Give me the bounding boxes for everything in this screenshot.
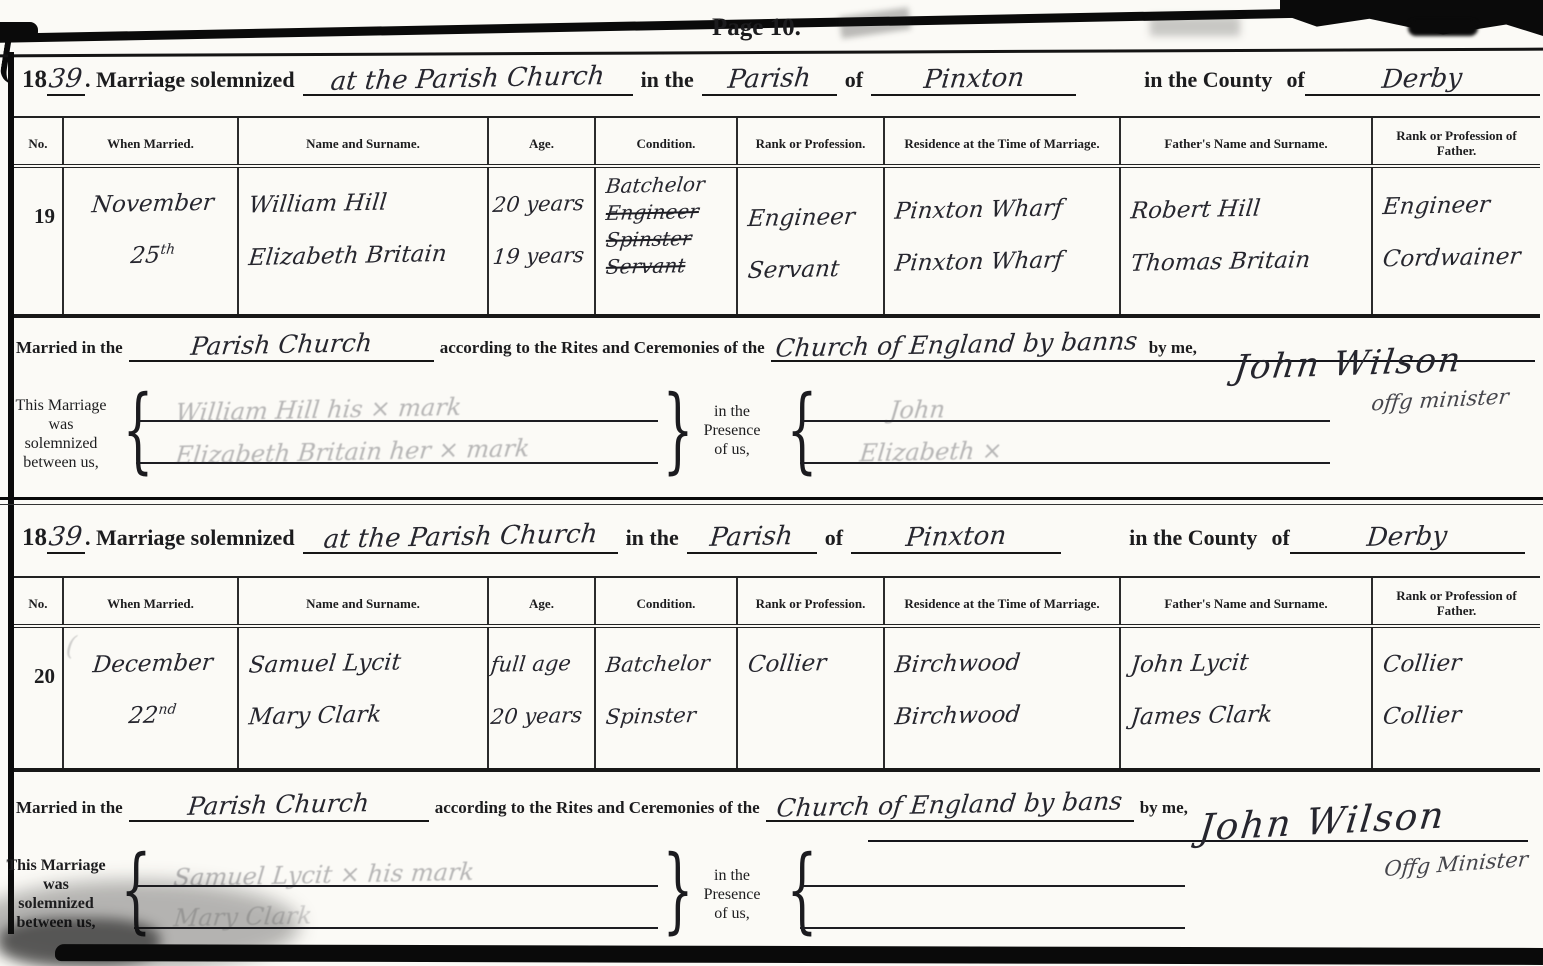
minister-title: offg minister bbox=[1370, 384, 1510, 415]
column-header-rank: Rank or Profession. bbox=[736, 118, 883, 164]
groom-age: full age bbox=[488, 637, 573, 691]
married-in-label: Married in the bbox=[16, 798, 123, 818]
groom-condition: Batchelor bbox=[603, 637, 712, 691]
scan-edge-bottom-band bbox=[55, 944, 1543, 965]
church-handwritten: Parish Church bbox=[189, 328, 373, 362]
column-header-father-rank: Rank or Profession of Father. bbox=[1371, 578, 1540, 624]
column-header-father-name: Father's Name and Surname. bbox=[1119, 118, 1371, 164]
record-1-married-in-line: Married in the Parish Church according t… bbox=[16, 330, 1197, 362]
column-header-name-surname: Name and Surname. bbox=[237, 578, 487, 624]
column-header-residence: Residence at the Time of Marriage. bbox=[883, 118, 1119, 164]
of-label: of bbox=[825, 525, 843, 551]
entry-number: 20 bbox=[24, 638, 56, 689]
entry-number: 19 bbox=[24, 178, 56, 229]
groom-father-name: Robert Hill bbox=[1128, 183, 1263, 238]
record-1-heading: 1839. Marriage solemnized at the Parish … bbox=[22, 64, 1527, 96]
year-prefix: 18 bbox=[22, 66, 47, 94]
groom-residence: Pinxton Wharf bbox=[892, 182, 1065, 237]
groom-signature-line: Samuel Lycit × his mark bbox=[134, 847, 658, 887]
column-header-father-name: Father's Name and Surname. bbox=[1119, 578, 1371, 624]
when-married-month: December bbox=[90, 637, 215, 691]
by-me-label: by me, bbox=[1140, 798, 1188, 818]
witness-signatures bbox=[800, 847, 1185, 929]
record-divider-thin bbox=[0, 504, 1543, 505]
bride-father-rank: Collier bbox=[1380, 689, 1464, 743]
close-brace: } bbox=[663, 848, 694, 932]
minister-signature: John Wilson bbox=[1232, 340, 1465, 388]
couple-signatures: William Hill his × mark Elizabeth Britai… bbox=[136, 382, 658, 464]
bride-residence: Pinxton Wharf bbox=[892, 234, 1065, 289]
column-header-residence: Residence at the Time of Marriage. bbox=[883, 578, 1119, 624]
bride-father-name: James Clark bbox=[1128, 689, 1275, 744]
column-header-no: No. bbox=[14, 578, 62, 624]
table-2-entry-row: 20 ( December 22nd Samuel Lycit Mary Cla… bbox=[14, 628, 1540, 768]
county-label: in the County bbox=[1129, 525, 1257, 551]
groom-signature-line: William Hill his × mark bbox=[136, 382, 658, 422]
bride-age: 19 years bbox=[490, 229, 587, 283]
presence-label: in the Presence of us, bbox=[692, 866, 772, 923]
by-me-label: by me, bbox=[1149, 338, 1197, 358]
of2-label: of bbox=[1286, 67, 1304, 93]
year-handwritten: 39 bbox=[48, 64, 84, 95]
record-2-heading: 1839. Marriage solemnized at the Parish … bbox=[22, 522, 1527, 554]
presence-label: in the Presence of us, bbox=[692, 402, 772, 459]
table-1-entry-row: 19 November 25th William Hill Elizabeth … bbox=[14, 168, 1540, 314]
page-label: Page 10. bbox=[712, 14, 801, 42]
condition-line: Batchelor bbox=[605, 171, 707, 200]
groom-father-rank: Collier bbox=[1380, 637, 1464, 691]
bride-profession: Servant bbox=[745, 243, 842, 297]
witness2-signature: Elizabeth × bbox=[858, 437, 1003, 468]
parish-name-handwritten: Pinxton bbox=[904, 521, 1007, 553]
bride-name: Mary Clark bbox=[246, 689, 384, 744]
this-marriage-label: This Marriage was solemnized between us, bbox=[2, 396, 120, 472]
parish-handwritten: Parish bbox=[726, 63, 812, 95]
form-top-rule bbox=[0, 48, 1543, 58]
marriage-table-2: No. When Married. Name and Surname. Age.… bbox=[14, 576, 1540, 772]
witness1-line bbox=[800, 847, 1185, 887]
column-header-when-married: When Married. bbox=[62, 578, 237, 624]
church-handwritten: Parish Church bbox=[187, 788, 371, 822]
bride-signature: Elizabeth Britain her × mark bbox=[174, 434, 531, 469]
table-2-header-row: No. When Married. Name and Surname. Age.… bbox=[14, 578, 1540, 628]
parish-name-handwritten: Pinxton bbox=[922, 63, 1025, 95]
bride-father-rank: Cordwainer bbox=[1380, 231, 1523, 286]
table-1-header-row: No. When Married. Name and Surname. Age.… bbox=[14, 118, 1540, 168]
column-header-father-rank: Rank or Profession of Father. bbox=[1371, 118, 1540, 164]
married-in-label: Married in the bbox=[16, 338, 123, 358]
this-marriage-label: This Marriage was solemnized between us, bbox=[0, 856, 112, 932]
groom-profession: Collier bbox=[745, 637, 829, 691]
close-brace: } bbox=[663, 388, 694, 472]
column-header-age: Age. bbox=[487, 118, 594, 164]
record-divider-thick bbox=[0, 497, 1543, 500]
in-the-label: in the bbox=[641, 67, 694, 93]
groom-residence: Birchwood bbox=[892, 637, 1023, 692]
scan-edge-top-band bbox=[0, 7, 1408, 43]
column-header-no: No. bbox=[14, 118, 62, 164]
column-header-name-surname: Name and Surname. bbox=[237, 118, 487, 164]
year-prefix: 18 bbox=[22, 524, 47, 552]
column-header-when-married: When Married. bbox=[62, 118, 237, 164]
groom-father-rank: Engineer bbox=[1380, 179, 1492, 233]
column-header-condition: Condition. bbox=[594, 118, 736, 164]
rites-handwritten: Church of England by banns bbox=[774, 326, 1139, 364]
year-handwritten: 39 bbox=[48, 522, 84, 553]
in-the-label: in the bbox=[626, 525, 679, 551]
minister-title: Offg Minister bbox=[1383, 847, 1529, 881]
bride-father-name: Thomas Britain bbox=[1128, 234, 1313, 290]
county-handwritten: Derby bbox=[1366, 521, 1449, 553]
bride-signature: Mary Clark bbox=[172, 902, 313, 933]
bride-age: 20 years bbox=[488, 689, 585, 743]
rites-label: according to the Rites and Ceremonies of… bbox=[435, 798, 760, 818]
bride-signature-line: Mary Clark bbox=[134, 887, 658, 929]
record-2-married-in-line: Married in the Parish Church according t… bbox=[16, 790, 1188, 822]
groom-profession: Engineer bbox=[745, 191, 857, 245]
witness1-line: John bbox=[800, 382, 1330, 422]
column-header-rank: Rank or Profession. bbox=[736, 578, 883, 624]
solemnized-label: . Marriage solemnized bbox=[85, 525, 295, 551]
condition-line-struck: Servant bbox=[605, 252, 687, 281]
scan-blob-top-right bbox=[1408, 20, 1478, 36]
marriage-table-1: No. When Married. Name and Surname. Age.… bbox=[14, 116, 1540, 318]
witness2-line: Elizabeth × bbox=[800, 422, 1330, 464]
column-header-condition: Condition. bbox=[594, 578, 736, 624]
parish-handwritten: Parish bbox=[709, 521, 795, 553]
groom-age: 20 years bbox=[490, 177, 587, 231]
bride-name: Elizabeth Britain bbox=[246, 228, 449, 284]
county-label: in the County bbox=[1144, 67, 1272, 93]
rites-label: according to the Rites and Ceremonies of… bbox=[440, 338, 765, 358]
witness1-signature: John bbox=[889, 395, 947, 424]
when-married-day: 25th bbox=[128, 230, 176, 277]
bride-condition: Spinster bbox=[603, 689, 698, 743]
groom-father-name: John Lycit bbox=[1128, 637, 1251, 691]
stray-pen-mark: ( bbox=[64, 632, 77, 662]
of2-label: of bbox=[1271, 525, 1289, 551]
column-header-age: Age. bbox=[487, 578, 594, 624]
place-handwritten: at the Parish Church bbox=[322, 519, 599, 555]
county-handwritten: Derby bbox=[1381, 63, 1464, 95]
solemnized-label: . Marriage solemnized bbox=[85, 67, 295, 93]
couple-signatures: Samuel Lycit × his mark Mary Clark bbox=[134, 847, 658, 929]
witness2-line bbox=[800, 887, 1185, 929]
groom-name: Samuel Lycit bbox=[246, 636, 403, 691]
condition-line-struck: Spinster bbox=[605, 225, 693, 254]
witness-signatures: John Elizabeth × bbox=[800, 382, 1330, 464]
place-handwritten: at the Parish Church bbox=[329, 61, 606, 97]
of-label: of bbox=[845, 67, 863, 93]
groom-name: William Hill bbox=[246, 177, 389, 232]
bride-residence: Birchwood bbox=[892, 689, 1023, 744]
when-married-month: November bbox=[89, 177, 216, 232]
when-married-day: 22nd bbox=[127, 690, 179, 737]
rites-handwritten: Church of England by bans bbox=[775, 786, 1124, 823]
bride-signature-line: Elizabeth Britain her × mark bbox=[136, 422, 658, 464]
marriage-register-page: Page 10. 1839. Marriage solemnized at th… bbox=[0, 0, 1543, 966]
condition-line-struck: Engineer bbox=[605, 198, 701, 227]
